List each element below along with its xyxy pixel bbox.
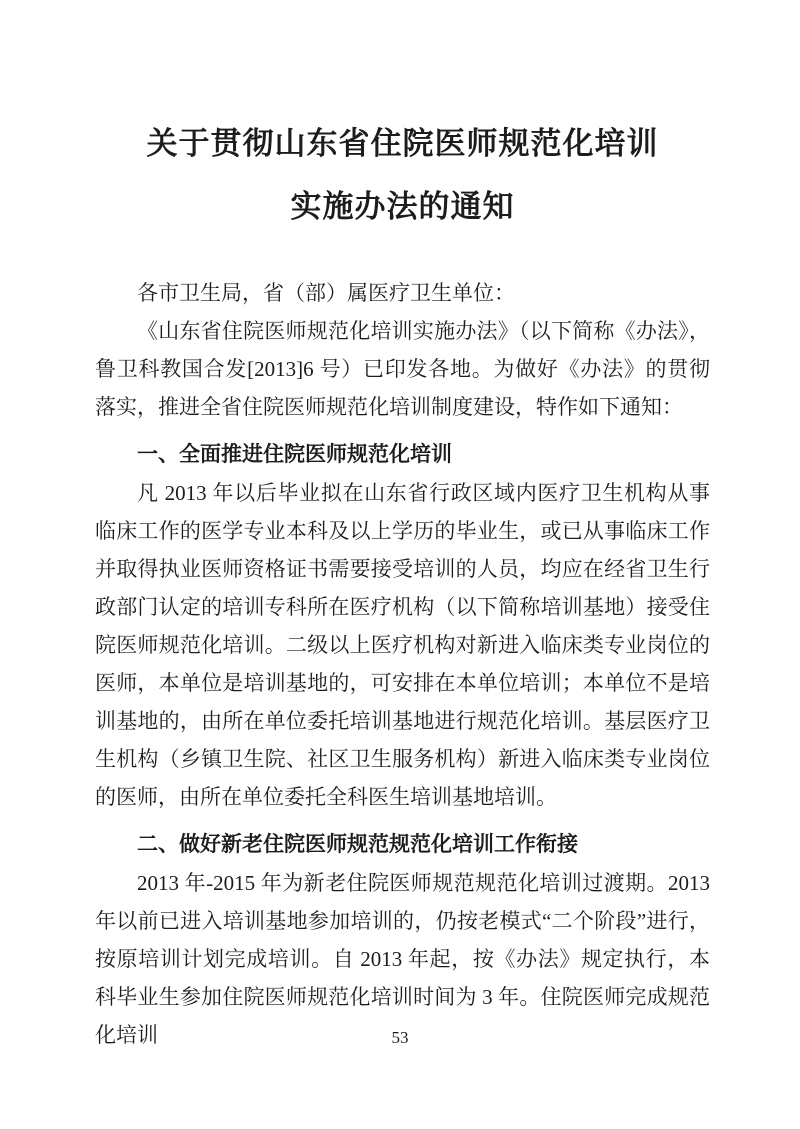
document-title: 关于贯彻山东省住院医师规范化培训 实施办法的通知	[95, 112, 710, 238]
page-number: 53	[0, 1028, 800, 1048]
document-title-line-1: 关于贯彻山东省住院医师规范化培训	[95, 112, 710, 175]
section-1-paragraph: 凡 2013 年以后毕业拟在山东省行政区域内医疗卫生机构从事临床工作的医学专业本…	[95, 474, 710, 816]
salutation-paragraph: 各市卫生局，省（部）属医疗卫生单位：	[95, 274, 710, 312]
section-2-paragraph: 2013 年-2015 年为新老住院医师规范规范化培训过渡期。2013 年以前已…	[95, 864, 710, 1054]
section-2-heading: 二、做好新老住院医师规范规范化培训工作衔接	[95, 826, 710, 864]
intro-paragraph: 《山东省住院医师规范化培训实施办法》（以下简称《办法》，鲁卫科教国合发[2013…	[95, 312, 710, 426]
document-content: 关于贯彻山东省住院医师规范化培训 实施办法的通知 各市卫生局，省（部）属医疗卫生…	[0, 112, 800, 1054]
document-body: 各市卫生局，省（部）属医疗卫生单位： 《山东省住院医师规范化培训实施办法》（以下…	[95, 274, 710, 1054]
document-page: 关于贯彻山东省住院医师规范化培训 实施办法的通知 各市卫生局，省（部）属医疗卫生…	[0, 0, 800, 1129]
document-title-line-2: 实施办法的通知	[95, 175, 710, 238]
section-1-heading: 一、全面推进住院医师规范化培训	[95, 436, 710, 474]
